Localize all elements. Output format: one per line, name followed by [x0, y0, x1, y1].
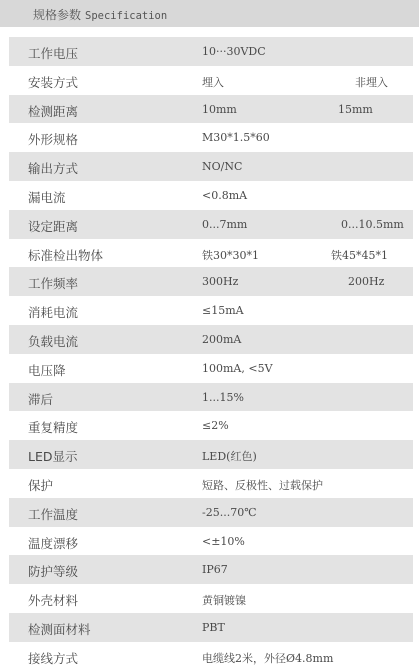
spec-row: 温度漂移<±10%	[9, 527, 413, 556]
spec-label: 设定距离	[28, 217, 78, 235]
spec-value: -25...70℃	[202, 506, 257, 519]
spec-value: 10···30VDC	[202, 45, 266, 58]
spec-row: 检测距离10mm15mm	[9, 95, 413, 124]
spec-label: 漏电流	[28, 188, 66, 206]
spec-row: 输出方式NO/NC	[9, 152, 413, 181]
spec-header: 规格参数Specification	[0, 0, 419, 27]
spec-label: 标准检出物体	[28, 246, 103, 264]
spec-value-alt: 非埋入	[355, 74, 388, 90]
spec-value: LED(红色)	[202, 448, 257, 464]
spec-value: IP67	[202, 563, 228, 576]
spec-row: 工作频率300Hz200Hz	[9, 267, 413, 296]
spec-value: 100mA, <5V	[202, 362, 273, 375]
spec-value-alt: 铁45*45*1	[331, 247, 388, 263]
spec-value: NO/NC	[202, 160, 242, 173]
spec-row: 接线方式电缆线2米，外径Ø4.8mm	[9, 642, 413, 670]
spec-row: 安装方式埋入非埋入	[9, 66, 413, 95]
spec-label: 工作频率	[28, 274, 78, 292]
spec-value: 短路、反极性、过载保护	[202, 477, 323, 493]
spec-row: 漏电流<0.8mA	[9, 181, 413, 210]
spec-row: 防护等级IP67	[9, 555, 413, 584]
spec-row: 负载电流200mA	[9, 325, 413, 354]
spec-label: 检测面材料	[28, 620, 91, 638]
spec-row: 标准检出物体铁30*30*1铁45*45*1	[9, 239, 413, 268]
spec-label: 消耗电流	[28, 303, 78, 321]
spec-value: 200mA	[202, 333, 241, 346]
spec-title: 规格参数Specification	[33, 6, 167, 23]
spec-value: ≤2%	[202, 419, 229, 432]
spec-label: 输出方式	[28, 159, 78, 177]
spec-value: 10mm	[202, 103, 237, 116]
spec-value: <0.8mA	[202, 189, 247, 202]
spec-label: 工作电压	[28, 44, 78, 62]
spec-row: 保护短路、反极性、过载保护	[9, 469, 413, 498]
spec-label: 外形规格	[28, 130, 78, 148]
spec-value: 埋入	[202, 74, 224, 90]
spec-row: 消耗电流≤15mA	[9, 296, 413, 325]
spec-value: <±10%	[202, 535, 245, 548]
spec-row: 重复精度≤2%	[9, 411, 413, 440]
title-en: Specification	[85, 10, 167, 22]
spec-value-alt: 0...10.5mm	[341, 218, 404, 231]
spec-row: 外壳材料黄铜镀镍	[9, 584, 413, 613]
spec-label: 防护等级	[28, 562, 78, 580]
spec-label: 负载电流	[28, 332, 78, 350]
spec-row: 设定距离0...7mm0...10.5mm	[9, 210, 413, 239]
spec-label: 工作温度	[28, 505, 78, 523]
spec-row: 电压降100mA, <5V	[9, 354, 413, 383]
spec-value: ≤15mA	[202, 304, 244, 317]
spec-label: 安装方式	[28, 73, 78, 91]
spec-value: 电缆线2米，外径Ø4.8mm	[202, 650, 333, 666]
spec-label: 温度漂移	[28, 534, 78, 552]
spec-value: 铁30*30*1	[202, 247, 259, 263]
spec-row: LED显示LED(红色)	[9, 440, 413, 469]
spec-row: 检测面材料PBT	[9, 613, 413, 642]
spec-value: 1...15%	[202, 391, 244, 404]
spec-row: 外形规格M30*1.5*60	[9, 123, 413, 152]
spec-value: 300Hz	[202, 275, 238, 288]
spec-value: PBT	[202, 621, 225, 634]
spec-label: 电压降	[28, 361, 66, 379]
spec-label: 外壳材料	[28, 591, 78, 609]
spec-label: 保护	[28, 476, 53, 494]
spec-table: 工作电压10···30VDC安装方式埋入非埋入检测距离10mm15mm外形规格M…	[9, 37, 413, 670]
title-cn: 规格参数	[33, 8, 81, 22]
spec-label: 接线方式	[28, 649, 78, 667]
spec-value: 黄铜镀镍	[202, 592, 246, 608]
spec-label: 检测距离	[28, 102, 78, 120]
spec-value: M30*1.5*60	[202, 131, 270, 144]
spec-value-alt: 15mm	[338, 103, 373, 116]
spec-value: 0...7mm	[202, 218, 247, 231]
spec-row: 滞后1...15%	[9, 383, 413, 412]
spec-row: 工作温度-25...70℃	[9, 498, 413, 527]
spec-label: LED显示	[28, 447, 78, 465]
spec-value-alt: 200Hz	[348, 275, 384, 288]
spec-label: 滞后	[28, 390, 53, 408]
spec-row: 工作电压10···30VDC	[9, 37, 413, 66]
spec-label: 重复精度	[28, 418, 78, 436]
